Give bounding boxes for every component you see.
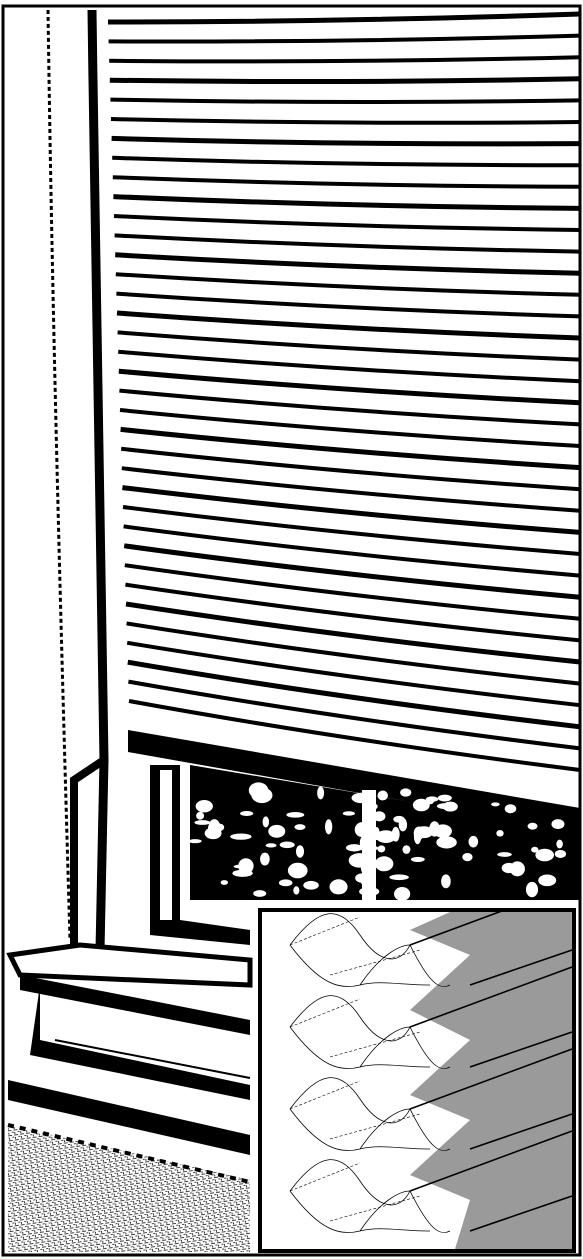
illustration [0,0,583,1259]
window-shade-illustration [0,0,583,1259]
inset-detail [258,885,576,1253]
